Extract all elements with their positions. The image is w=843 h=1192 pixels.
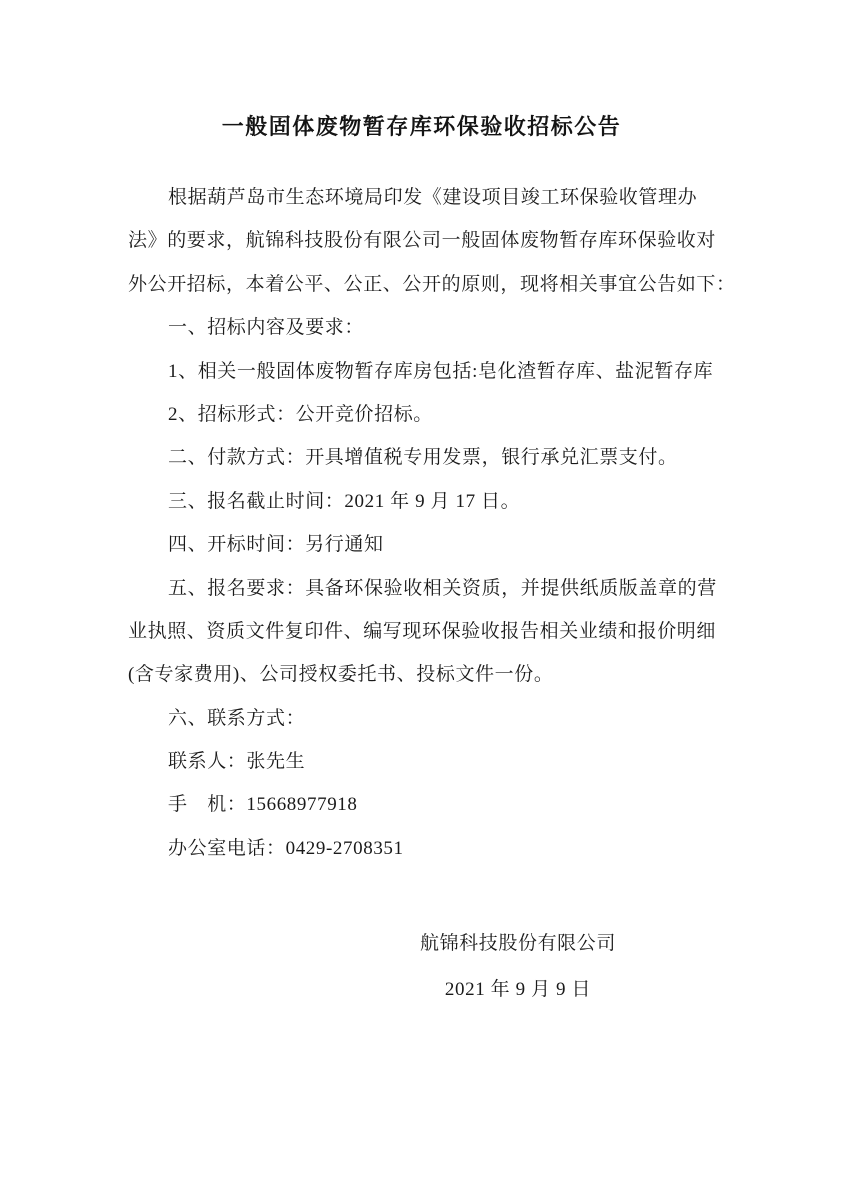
- document-line: 五、报名要求：具备环保验收相关资质，并提供纸质版盖章的营: [128, 567, 728, 610]
- document-line: 2、招标形式：公开竞价招标。: [128, 393, 728, 436]
- signature-company: 航锦科技股份有限公司: [193, 921, 843, 967]
- document-title: 一般固体废物暂存库环保验收招标公告: [0, 110, 843, 141]
- document-line: (含专家费用)、公司授权委托书、投标文件一份。: [128, 653, 728, 696]
- document-line: 办公室电话：0429-2708351: [128, 827, 728, 870]
- signature-date: 2021 年 9 月 9 日: [193, 967, 843, 1013]
- document-line: 根据葫芦岛市生态环境局印发《建设项目竣工环保验收管理办: [128, 176, 728, 219]
- document-line: 一、招标内容及要求：: [128, 306, 728, 349]
- document-line: 业执照、资质文件复印件、编写现环保验收报告相关业绩和报价明细: [128, 610, 728, 653]
- document-line: 联系人：张先生: [128, 740, 728, 783]
- document-body: 根据葫芦岛市生态环境局印发《建设项目竣工环保验收管理办法》的要求，航锦科技股份有…: [128, 176, 728, 870]
- document-line: 四、开标时间：另行通知: [128, 523, 728, 566]
- document-line: 六、联系方式：: [128, 697, 728, 740]
- document-line: 二、付款方式：开具增值税专用发票，银行承兑汇票支付。: [128, 436, 728, 479]
- document-line: 1、相关一般固体废物暂存库房包括:皂化渣暂存库、盐泥暂存库: [128, 350, 728, 393]
- document-line: 三、报名截止时间：2021 年 9 月 17 日。: [128, 480, 728, 523]
- document-page: 一般固体废物暂存库环保验收招标公告 根据葫芦岛市生态环境局印发《建设项目竣工环保…: [0, 0, 843, 1192]
- signature-block: 航锦科技股份有限公司 2021 年 9 月 9 日: [193, 921, 843, 1013]
- document-line: 外公开招标，本着公平、公正、公开的原则，现将相关事宜公告如下：: [128, 263, 728, 306]
- document-line: 手 机：15668977918: [128, 783, 728, 826]
- document-line: 法》的要求，航锦科技股份有限公司一般固体废物暂存库环保验收对: [128, 219, 728, 262]
